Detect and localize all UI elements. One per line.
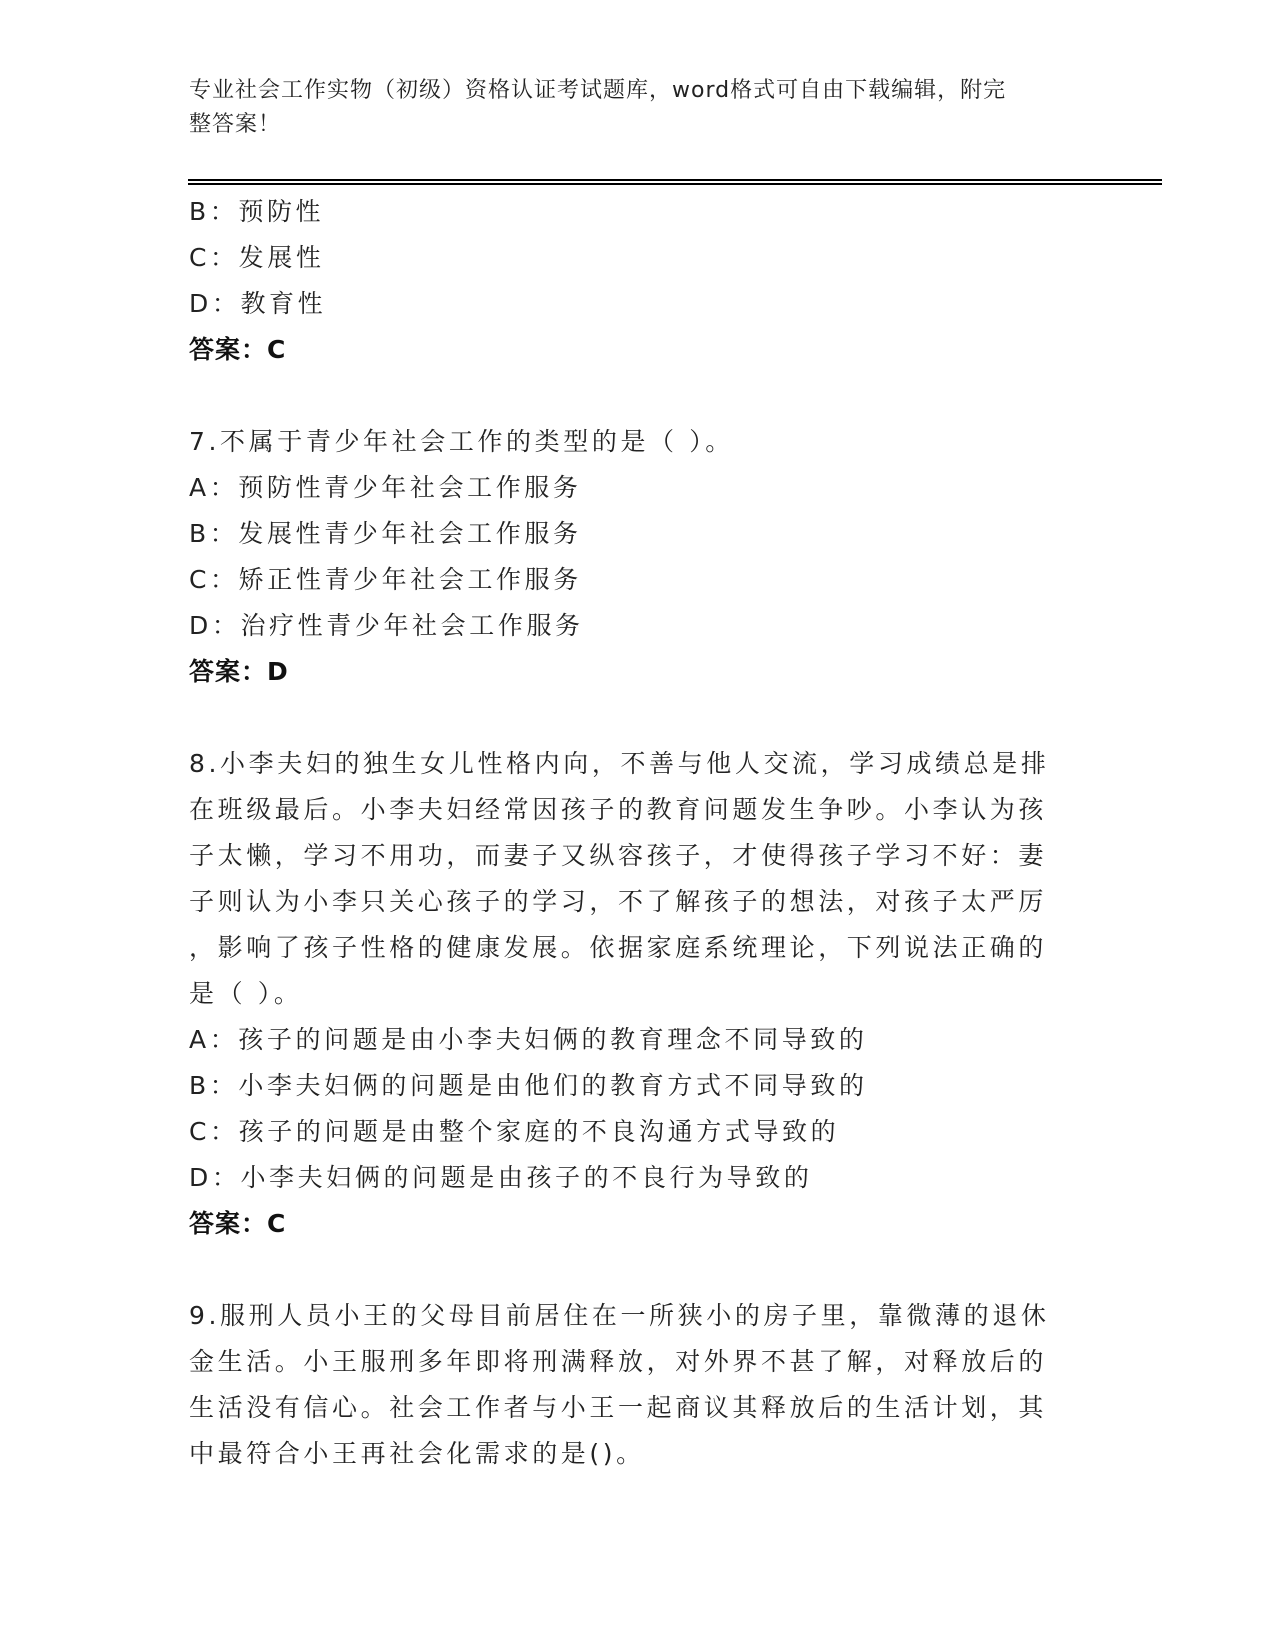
question-stem: 7.不属于青少年社会工作的类型的是（ ）。 [189,419,1069,465]
option-d: D：教育性 [189,281,1069,327]
question-9: 9.服刑人员小王的父母目前居住在一所狭小的房子里，靠微薄的退休 金生活。小王服刑… [189,1293,1069,1477]
question-stem-line: ，影响了孩子性格的健康发展。依据家庭系统理论，下列说法正确的 [189,925,1069,971]
spacer [189,373,1069,419]
option-d: D：治疗性青少年社会工作服务 [189,603,1069,649]
option-a: A：预防性青少年社会工作服务 [189,465,1069,511]
question-stem-line: 金生活。小王服刑多年即将刑满释放，对外界不甚了解，对释放后的 [189,1339,1069,1385]
question-stem-line: 子太懒，学习不用功，而妻子又纵容孩子，才使得孩子学习不好：妻 [189,833,1069,879]
option-b: B：发展性青少年社会工作服务 [189,511,1069,557]
option-b: B：预防性 [189,189,1069,235]
question-stem-line: 中最符合小王再社会化需求的是()。 [189,1431,1069,1477]
question-stem-line: 生活没有信心。社会工作者与小王一起商议其释放后的生活计划，其 [189,1385,1069,1431]
option-c: C：发展性 [189,235,1069,281]
spacer [189,695,1069,741]
question-stem-line: 9.服刑人员小王的父母目前居住在一所狭小的房子里，靠微薄的退休 [189,1293,1069,1339]
question-stem-line: 是（ ）。 [189,971,1069,1017]
answer: 答案：D [189,649,1069,695]
option-b: B：小李夫妇俩的问题是由他们的教育方式不同导致的 [189,1063,1069,1109]
document-page: 专业社会工作实物（初级）资格认证考试题库，word格式可自由下载编辑，附完 整答… [0,0,1275,1650]
question-7: 7.不属于青少年社会工作的类型的是（ ）。 A：预防性青少年社会工作服务 B：发… [189,419,1069,695]
document-body: B：预防性 C：发展性 D：教育性 答案：C 7.不属于青少年社会工作的类型的是… [189,189,1069,1477]
answer: 答案：C [189,1201,1069,1247]
question-stem-line: 在班级最后。小李夫妇经常因孩子的教育问题发生争吵。小李认为孩 [189,787,1069,833]
page-header: 专业社会工作实物（初级）资格认证考试题库，word格式可自由下载编辑，附完 整答… [189,74,1089,142]
question-8: 8.小李夫妇的独生女儿性格内向，不善与他人交流，学习成绩总是排 在班级最后。小李… [189,741,1069,1247]
spacer [189,1247,1069,1293]
option-d: D：小李夫妇俩的问题是由孩子的不良行为导致的 [189,1155,1069,1201]
header-line-1: 专业社会工作实物（初级）资格认证考试题库，word格式可自由下载编辑，附完 [189,74,1089,108]
option-c: C：矫正性青少年社会工作服务 [189,557,1069,603]
answer: 答案：C [189,327,1069,373]
header-double-rule [188,179,1162,185]
question-stem-line: 8.小李夫妇的独生女儿性格内向，不善与他人交流，学习成绩总是排 [189,741,1069,787]
question-stem-line: 子则认为小李只关心孩子的学习，不了解孩子的想法，对孩子太严厉 [189,879,1069,925]
header-line-2: 整答案！ [189,108,1089,142]
question-6-tail: B：预防性 C：发展性 D：教育性 答案：C [189,189,1069,373]
option-a: A：孩子的问题是由小李夫妇俩的教育理念不同导致的 [189,1017,1069,1063]
option-c: C：孩子的问题是由整个家庭的不良沟通方式导致的 [189,1109,1069,1155]
